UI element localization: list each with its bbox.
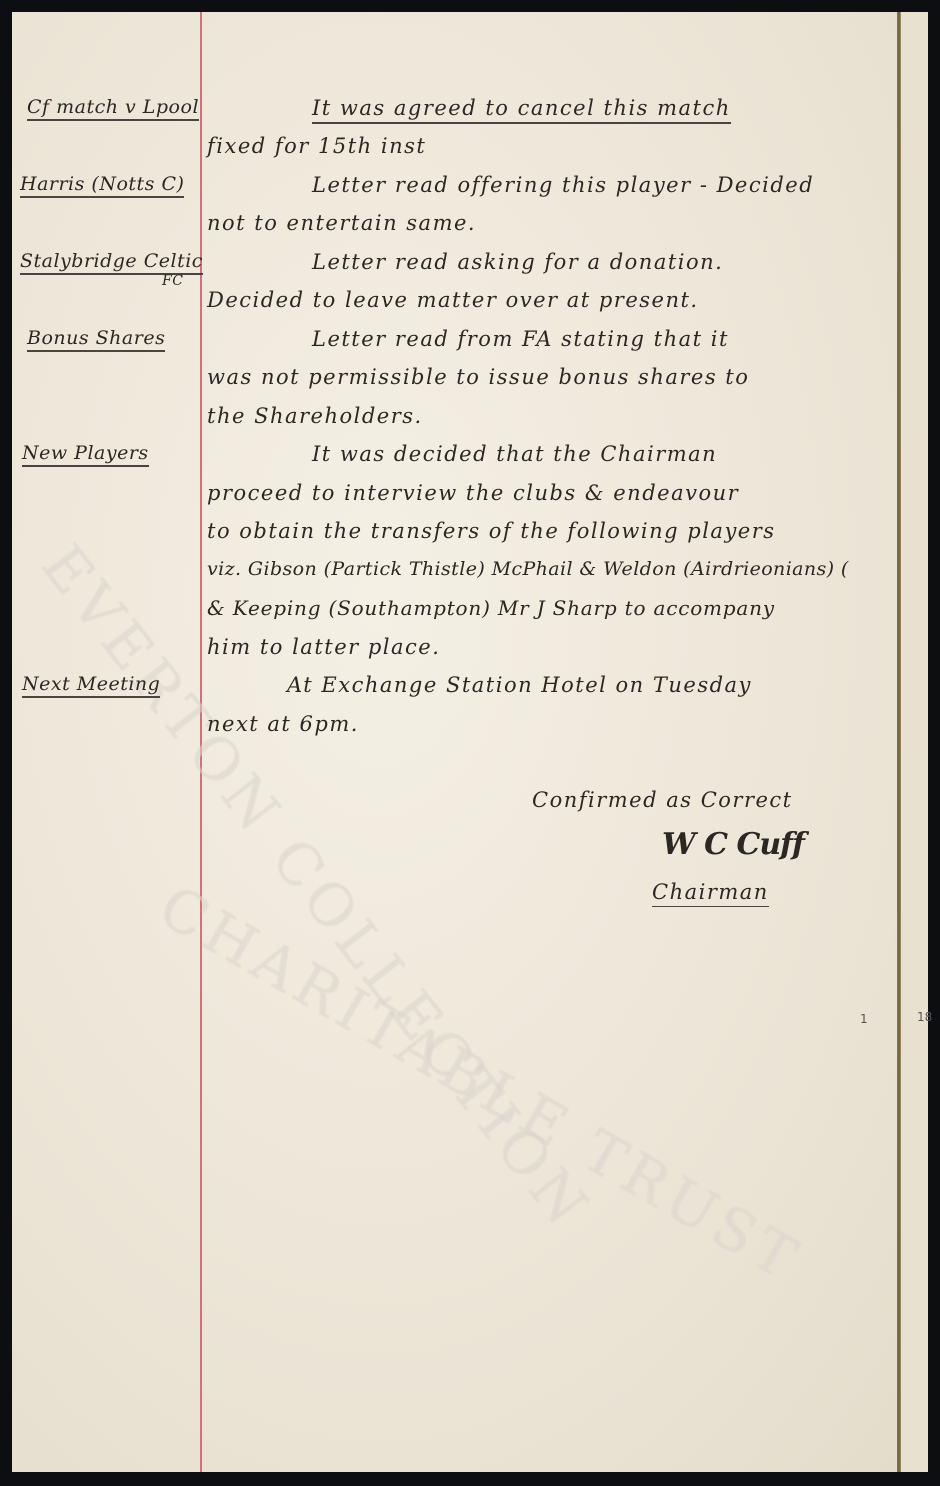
entry-line: viz. Gibson (Partick Thistle) McPhail & … [207,560,849,579]
entry-line: proceed to interview the clubs & endeavo… [207,483,739,504]
entry-line: to obtain the transfers of the following… [207,521,776,542]
side-heading-bonus-shares: Bonus Shares [27,329,165,352]
side-heading-match-cancel: Cf match v Lpool [27,98,199,121]
entry-line: the Shareholders. [207,406,423,427]
entry-line: At Exchange Station Hotel on Tuesday [287,675,752,696]
chairman-signature: W C Cuff [662,830,804,860]
next-page-strip [901,12,928,1472]
entry-line: Decided to leave matter over at present. [207,290,699,311]
entry-line: It was decided that the Chairman [312,444,717,465]
side-heading-next-meeting: Next Meeting [22,675,160,698]
entry-line: & Keeping (Southampton) Mr J Sharp to ac… [207,598,775,618]
side-heading-stalybridge: Stalybridge Celtic [20,252,203,275]
entry-line: Letter read asking for a donation. [312,252,723,273]
entry-line: him to latter place. [207,637,440,658]
confirmation-text: Confirmed as Correct [532,790,793,811]
watermark-line2: CHARITABLE TRUST [148,872,813,1295]
red-margin-line [200,12,202,1472]
entry-line: was not permissible to issue bonus share… [207,367,749,388]
entry-line: not to entertain same. [207,213,476,234]
edge-mark: 18 [917,1010,932,1024]
entry-line: next at 6pm. [207,714,359,735]
entry-line: fixed for 15th inst [207,136,426,157]
entry-line: It was agreed to cancel this match [312,98,731,119]
edge-mark: 1 [860,1012,868,1026]
entry-line: Letter read offering this player - Decid… [312,175,814,196]
side-heading-new-players: New Players [22,444,149,467]
ledger-page: EVERTON COLLECTION CHARITABLE TRUST Cf m… [12,12,928,1472]
entry-line: Letter read from FA stating that it [312,329,729,350]
side-heading-suffix: FC [162,274,183,288]
side-heading-harris: Harris (Notts C) [20,175,184,198]
chairman-title: Chairman [652,882,769,907]
